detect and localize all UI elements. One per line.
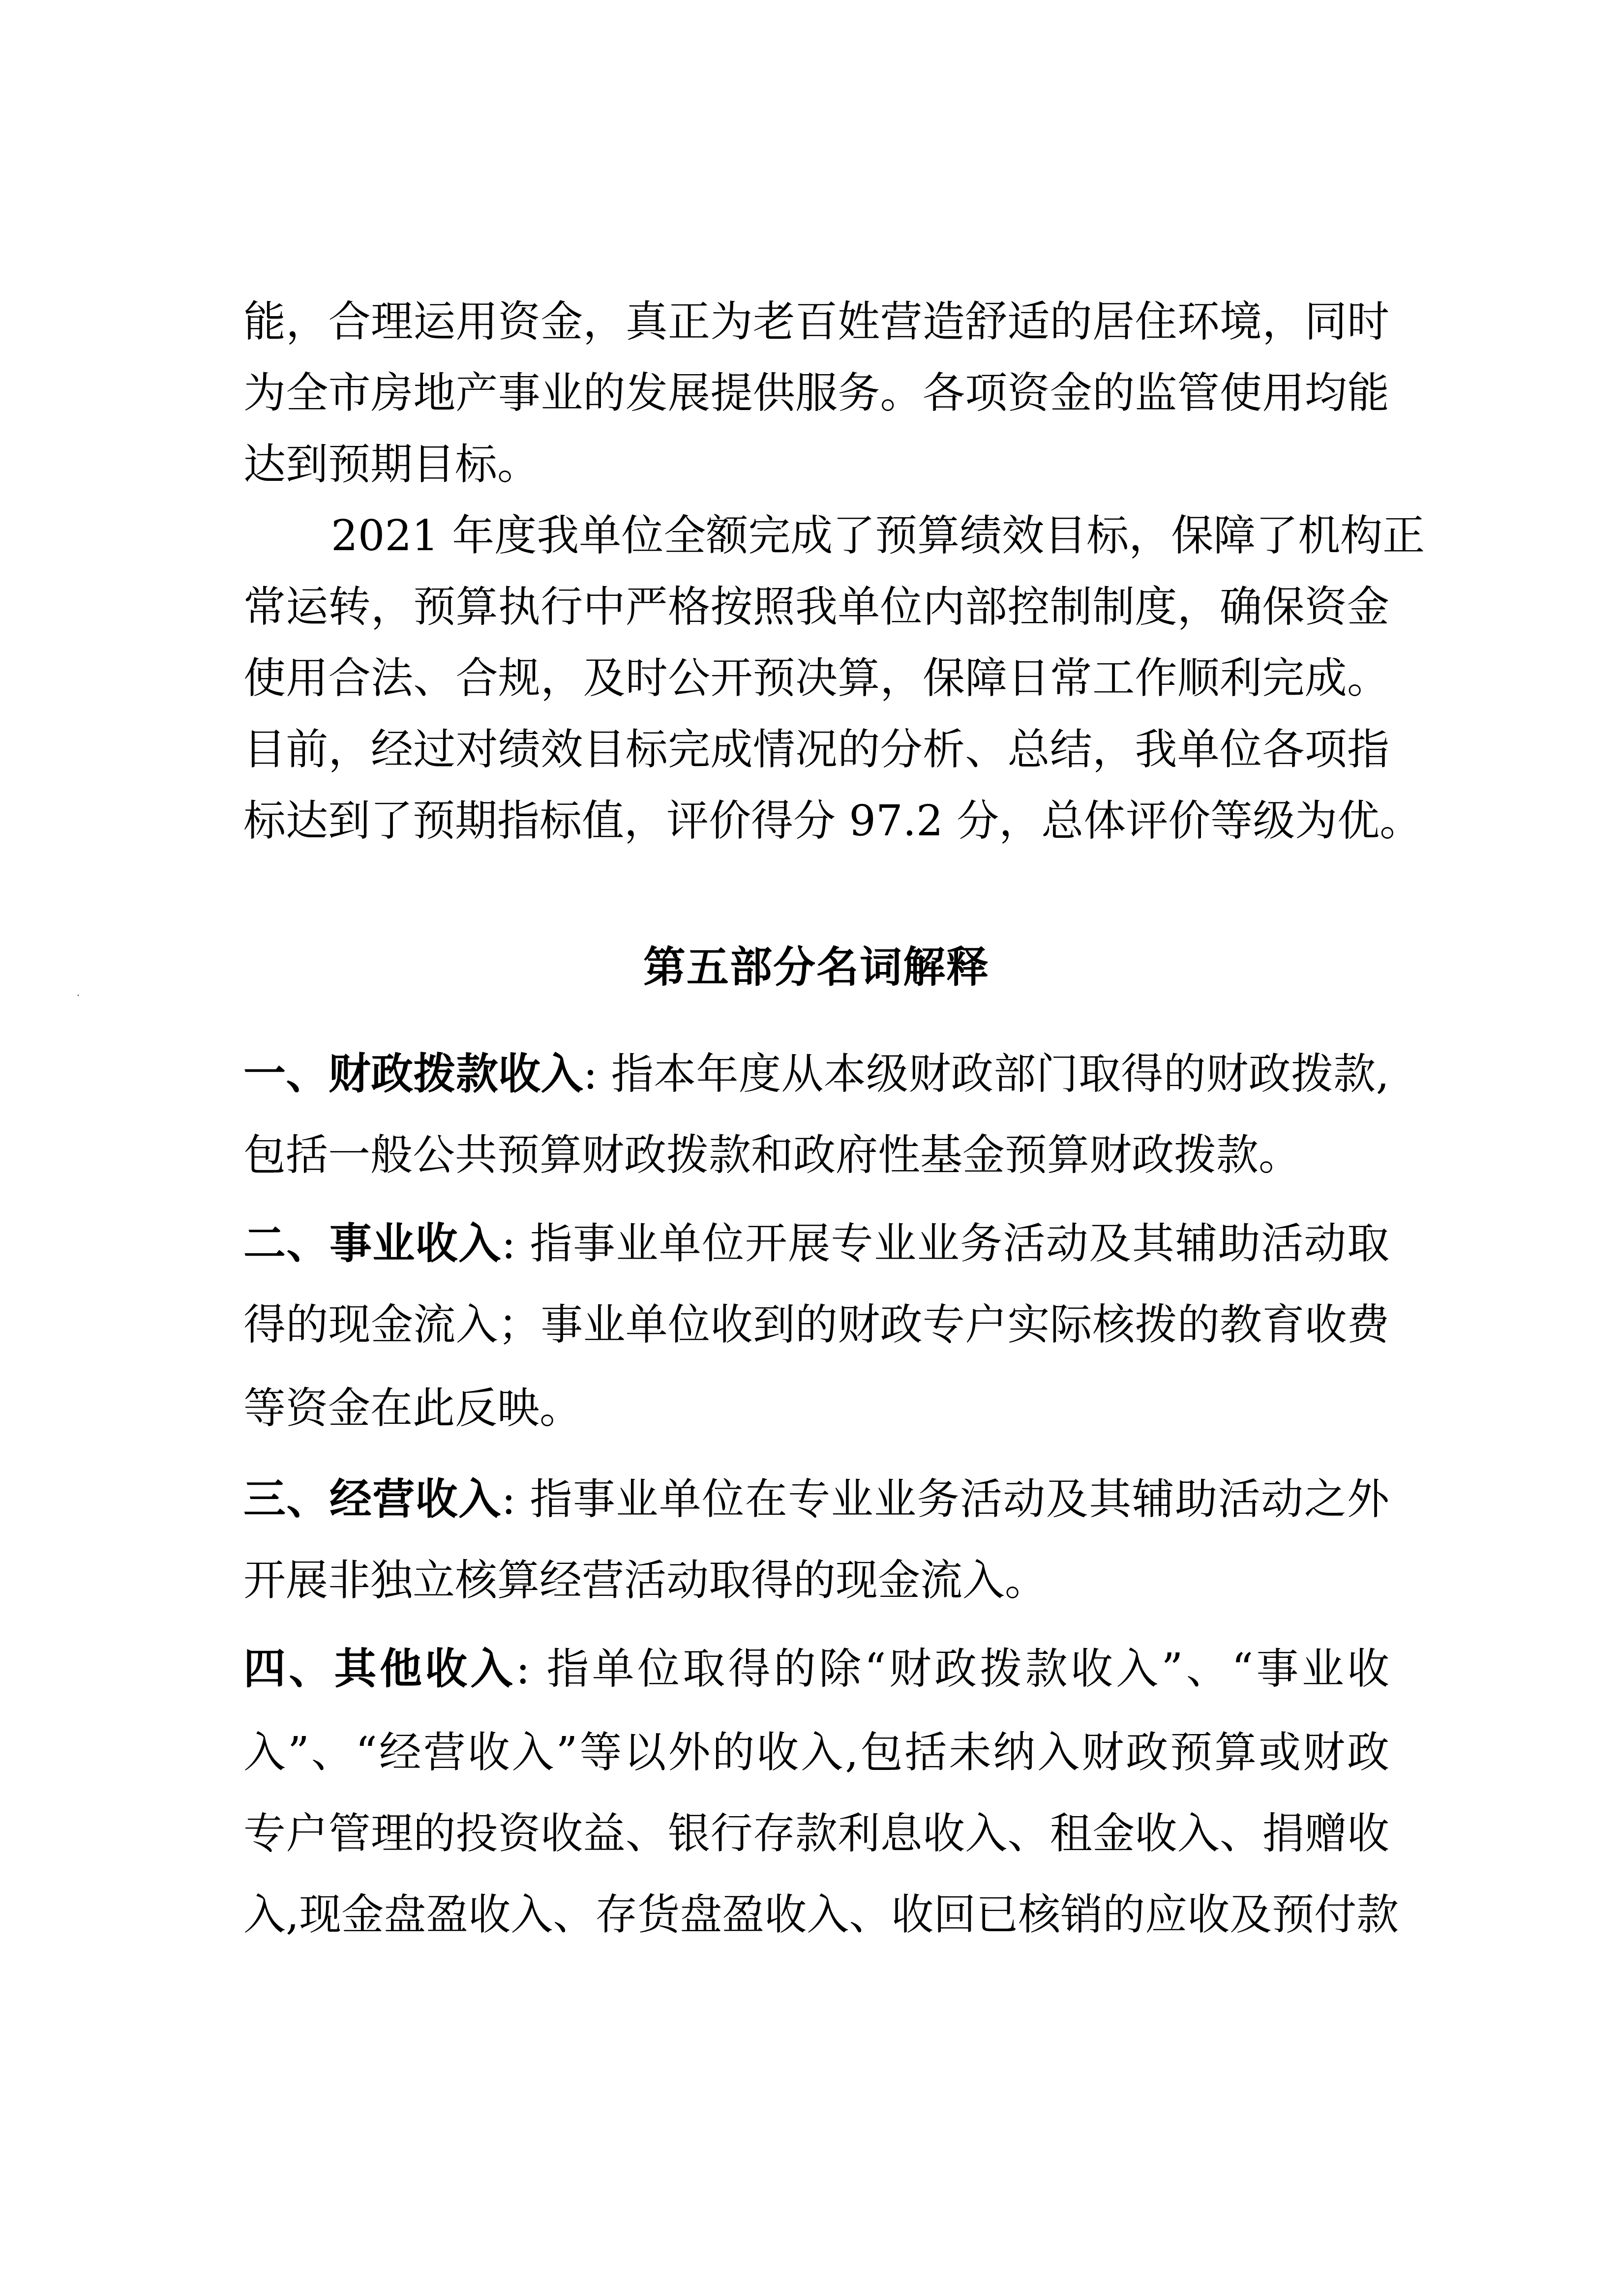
paragraph-2-line-2: 常运转，预算执行中严格按照我单位内部控制制度，确保资金 (243, 583, 1389, 632)
definition-2-term: 二、事业收入 (243, 1219, 502, 1268)
paragraph-1-line-1: 能，合理运用资金，真正为老百姓营造舒适的居住环境，同时 (243, 297, 1389, 347)
definition-1-text: : 指本年度从本级财政部门取得的财政拨款, (583, 1050, 1389, 1099)
scan-speck (78, 995, 79, 996)
definition-2-line-1: 二、事业收入: 指事业单位开展专业业务活动及其辅助活动取 (243, 1219, 1389, 1268)
definition-4-line-3: 专户管理的投资收益、银行存款利息收入、租金收入、捐赠收 (243, 1809, 1389, 1858)
definition-4-line-1: 四、其他收入: 指单位取得的除“财政拨款收入”、“事业收 (243, 1645, 1389, 1694)
definition-4-term: 四、其他收入 (243, 1644, 516, 1694)
definition-4-line-4: 入,现金盘盈收入、存货盘盈收入、收回已核销的应收及预付款 (243, 1890, 1389, 1940)
definition-1-line-1: 一、财政拨款收入: 指本年度从本级财政部门取得的财政拨款, (243, 1050, 1389, 1099)
definition-3-text: : 指事业单位在专业业务活动及其辅助活动之外 (502, 1475, 1389, 1524)
definition-2-line-2: 得的现金流入；事业单位收到的财政专户实际核拨的教育收费 (243, 1300, 1389, 1350)
definition-2-text: : 指事业单位开展专业业务活动及其辅助活动取 (502, 1219, 1389, 1268)
section-heading: 第五部分名词解释 (243, 943, 1389, 992)
definition-1-term: 一、财政拨款收入 (243, 1049, 583, 1099)
paragraph-2-line-4: 目前，经过对绩效目标完成情况的分析、总结，我单位各项指 (243, 725, 1389, 774)
paragraph-1-line-2: 为全市房地产事业的发展提供服务。各项资金的监管使用均能 (243, 369, 1389, 418)
definition-3-term: 三、经营收入 (243, 1474, 502, 1524)
definition-1-line-2: 包括一般公共预算财政拨款和政府性基金预算财政拨款。 (243, 1131, 1389, 1180)
paragraph-2-line-1: 2021 年度我单位全额完成了预算绩效目标，保障了机构正 (243, 511, 1389, 560)
definition-2-line-3: 等资金在此反映。 (243, 1384, 1389, 1433)
definition-3-line-2: 开展非独立核算经营活动取得的现金流入。 (243, 1556, 1389, 1605)
definition-3-line-1: 三、经营收入: 指事业单位在专业业务活动及其辅助活动之外 (243, 1475, 1389, 1524)
definition-4-line-2: 入”、“经营收入”等以外的收入,包括未纳入财政预算或财政 (243, 1728, 1389, 1777)
paragraph-1-line-3: 达到预期目标。 (243, 440, 1389, 489)
paragraph-2-line-5: 标达到了预期指标值，评价得分 97.2 分，总体评价等级为优。 (243, 796, 1389, 846)
definition-4-text: : 指单位取得的除“财政拨款收入”、“事业收 (516, 1645, 1389, 1694)
paragraph-2-line-3: 使用合法、合规，及时公开预决算，保障日常工作顺利完成。 (243, 654, 1389, 703)
